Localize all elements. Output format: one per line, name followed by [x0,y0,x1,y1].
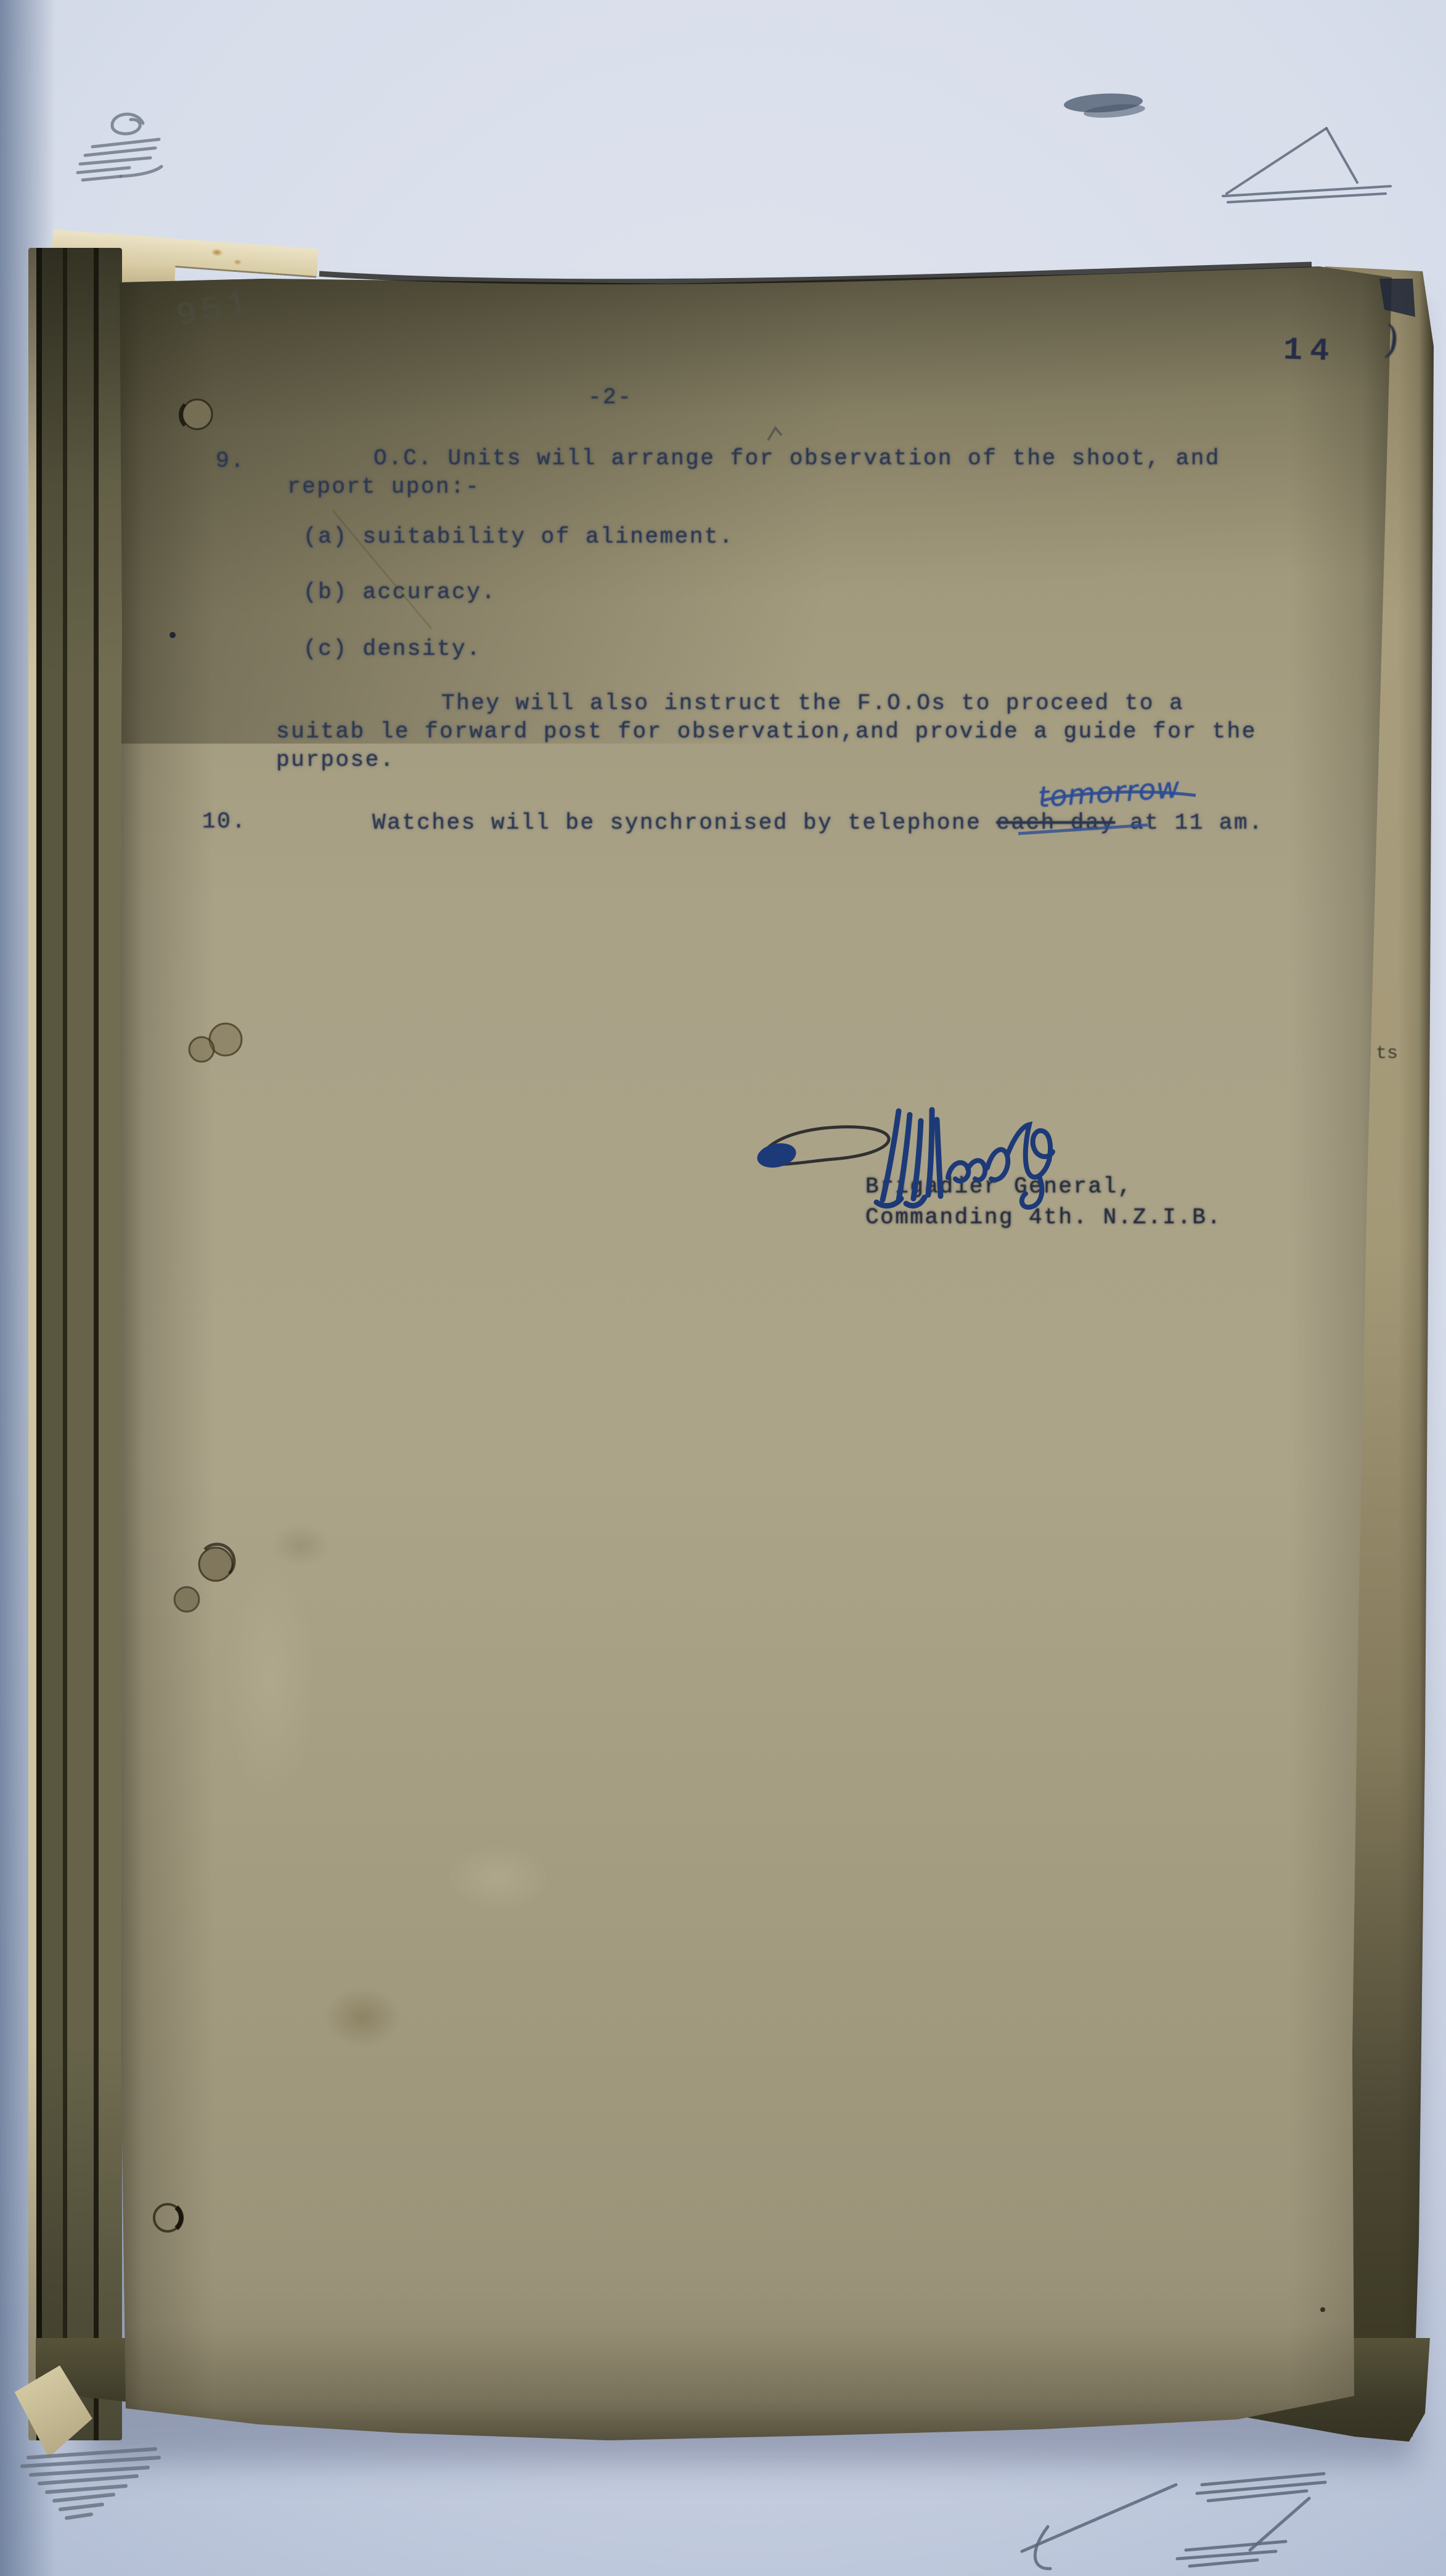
sub-item-a: (a) suitability of alinement. [303,524,734,549]
item-9-number: 9. [216,448,245,474]
page-number: 14 [1283,332,1337,371]
pencil-smudge-top-right [1063,92,1145,120]
signature-title-line-2: Commanding 4th. N.Z.I.B. [865,1205,1222,1230]
edge-text-fragment: ts [1376,1043,1398,1064]
item-10-struck-text: each day [996,810,1115,835]
page-marker: -2- [588,385,632,410]
sub-item-b: (b) accuracy. [303,580,496,605]
pencil-scribble-top-left [78,114,161,180]
item-9-line-2: report upon:- [287,474,480,499]
stack-left-page-edges [28,248,122,2440]
photo-of-document: { "colors": { "typed_ink": "#2b3752", "s… [0,0,1446,2576]
pencil-doodle-bottom-right [1022,2474,1325,2569]
item-10-text-end: at 11 am. [1115,810,1264,835]
pencil-triangle-top-right [1223,128,1391,202]
item-10-text: Watches will be synchronised by telephon… [372,810,996,835]
item-10-line: Watches will be synchronised by telephon… [372,810,1264,835]
item-10-number: 10. [202,809,247,834]
item-9-line-1: O.C. Units will arrange for observation … [374,446,1220,471]
paragraph-line-3: purpose. [276,747,395,773]
paragraph-line-2: suitab le forward post for observation,a… [276,719,1257,744]
signature-title-line-1: Brigadier General, [865,1174,1133,1199]
sub-item-c: (c) density. [303,636,481,662]
paragraph-line-1: They will also instruct the F.O.Os to pr… [441,691,1184,716]
